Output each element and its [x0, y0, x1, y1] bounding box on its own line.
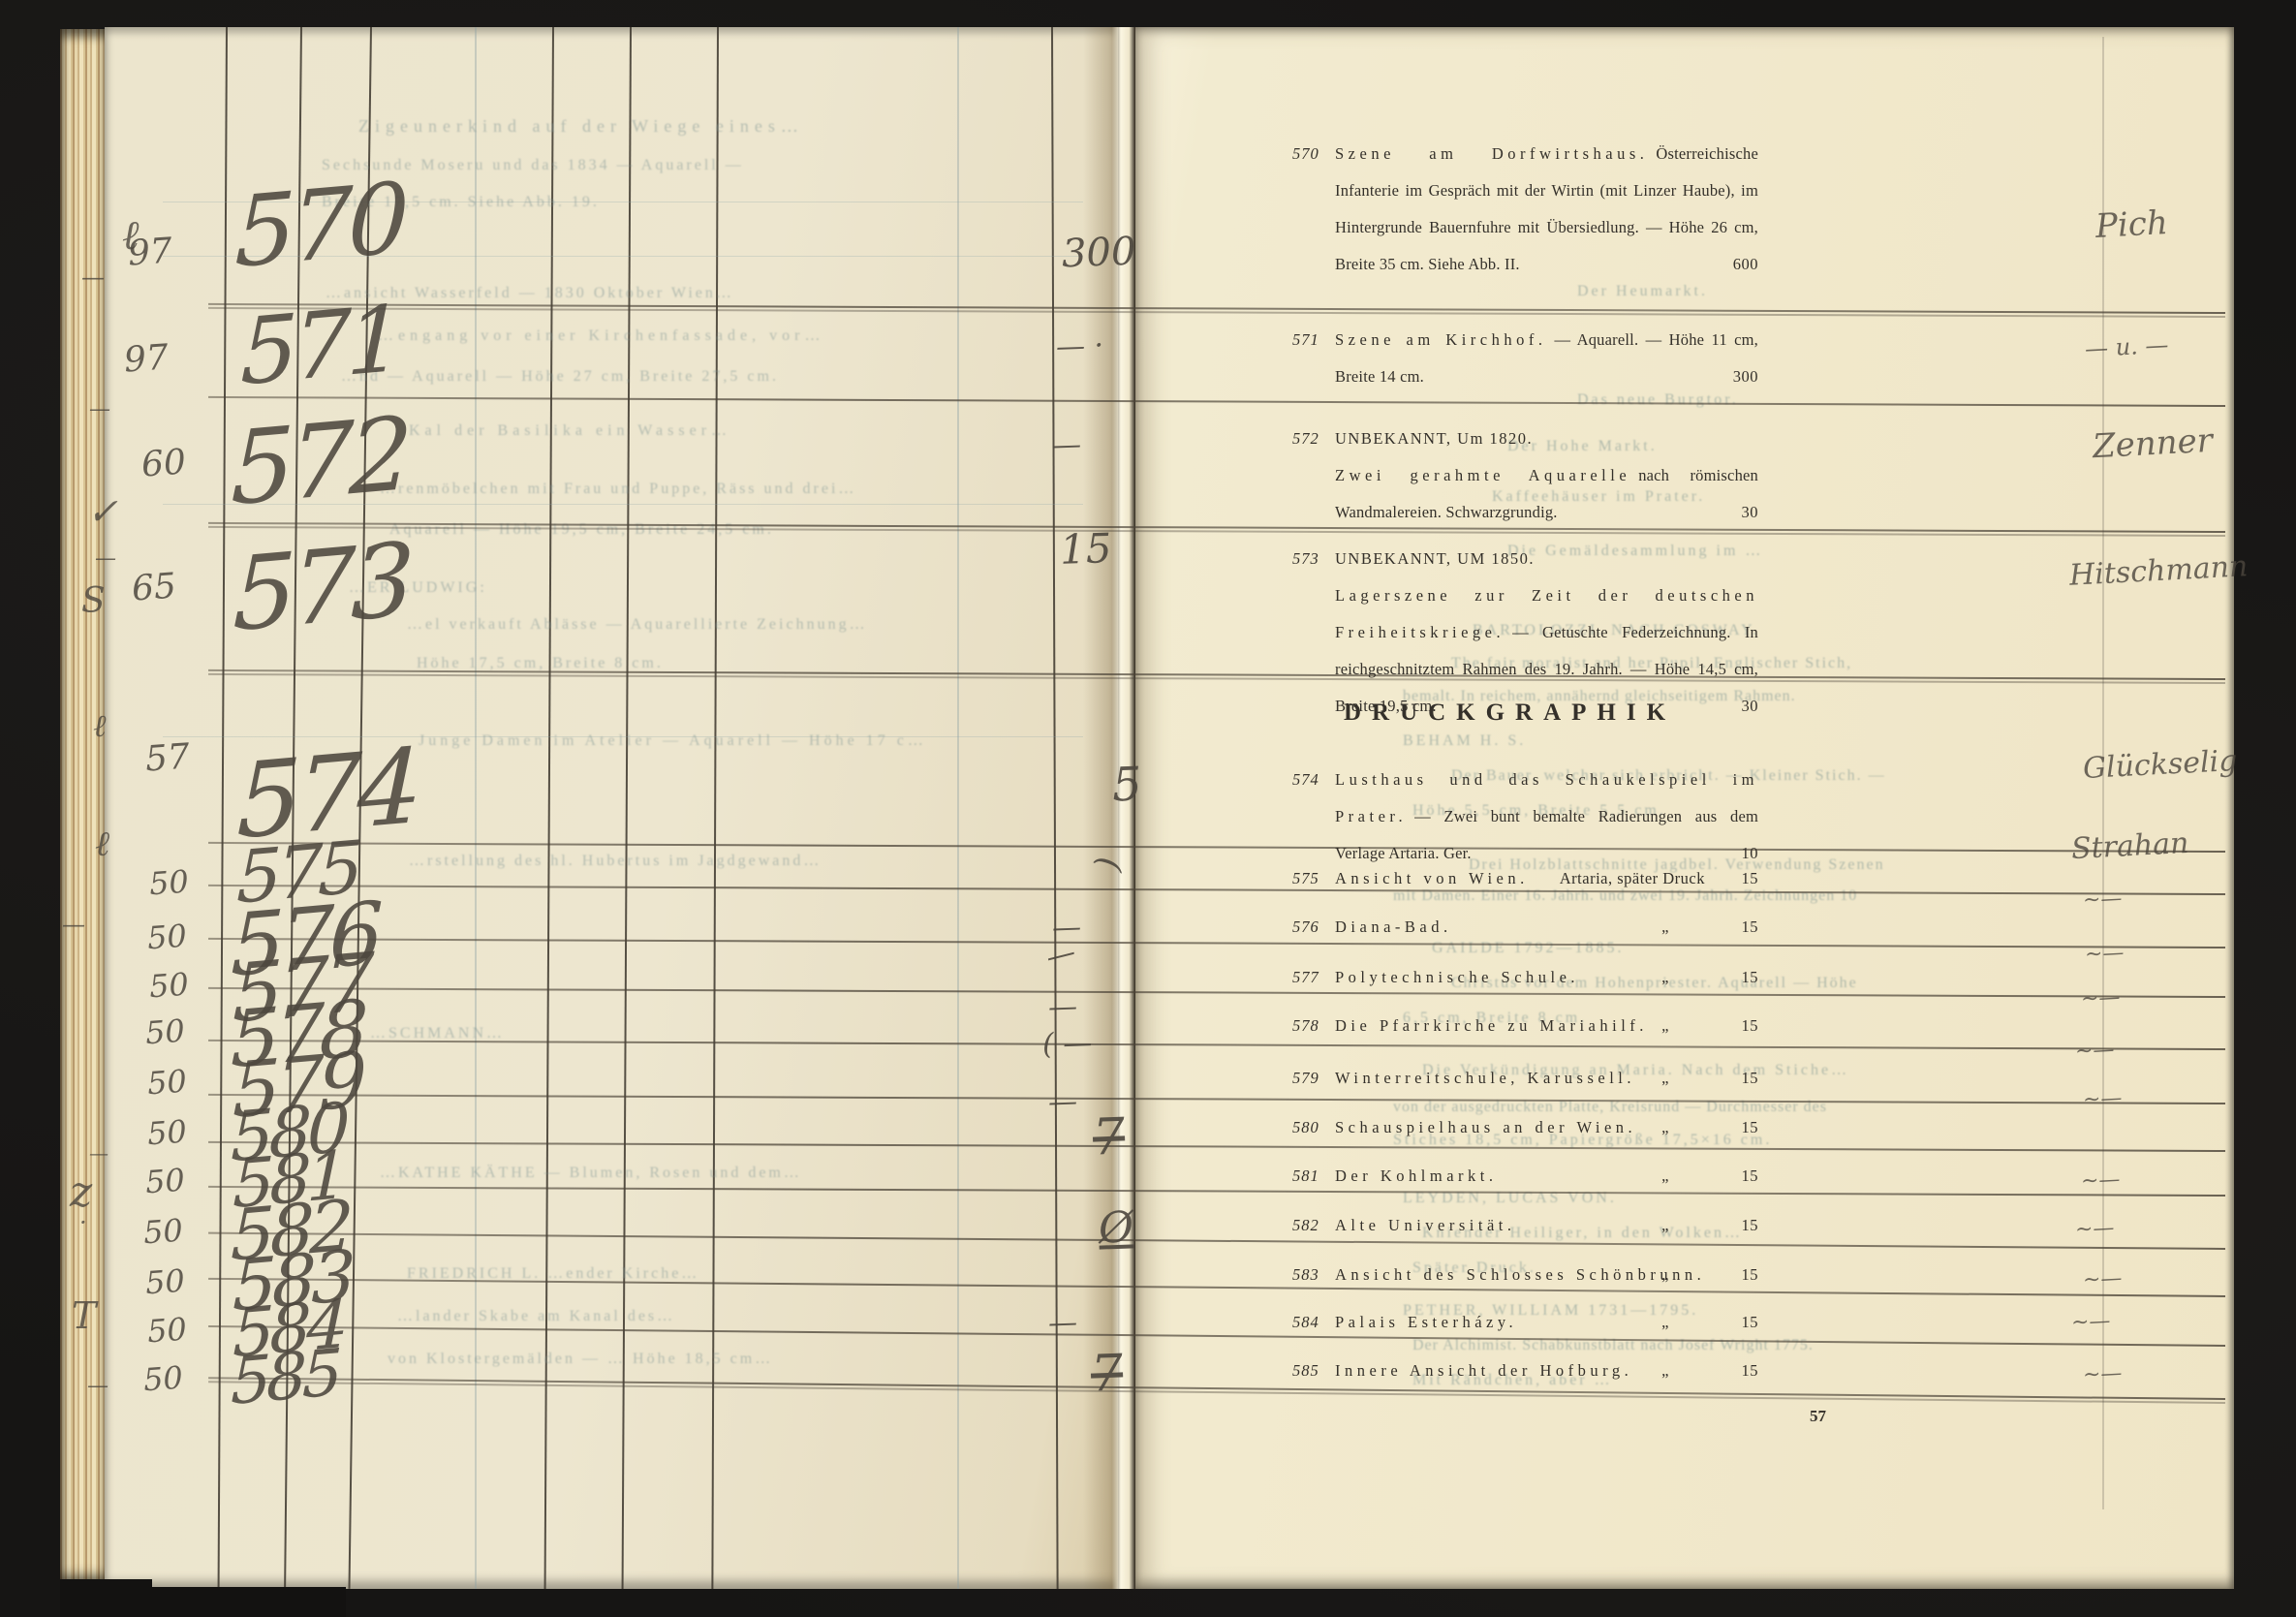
entry-title: Polytechnische Schule. — [1335, 968, 1579, 986]
edge-mark: T — [72, 1294, 96, 1337]
entry-title: Zwei gerahmte Aquarelle — [1335, 466, 1630, 484]
entry-source-ditto: „ — [1661, 1353, 1669, 1389]
ledger-note: Ø — [1098, 1202, 1134, 1253]
ledger-lot-number: 573 — [233, 535, 411, 641]
ledger-margin-value: 50 — [144, 1262, 186, 1302]
ledger-note: — — [1047, 989, 1077, 1024]
entry-price: 15 — [1742, 1304, 1759, 1341]
ghost-text: …el verkauft Ablässe — Aquarellierte Zei… — [407, 616, 868, 634]
ledger-note: 15 — [1059, 524, 1112, 574]
ghost-text: Der Heumarkt. — [1577, 283, 1708, 300]
ledger-note: 5 — [1111, 757, 1142, 812]
ledger-lot-number: 572 — [231, 409, 409, 515]
ghost-text: …rstellung des hl. Hubertus im Jagdgewan… — [409, 853, 822, 870]
catalog-entry: 576 Diana-Bad. „ 15 — [1335, 909, 1758, 946]
lot-number: 574 — [1292, 762, 1329, 798]
edge-mark: ℓ — [93, 707, 106, 744]
lot-number: 578 — [1292, 1008, 1329, 1044]
ledger-margin-value: 50 — [144, 1012, 186, 1052]
catalog-entry: 578 Die Pfarrkirche zu Mariahilf. „ 15 — [1335, 1008, 1758, 1044]
entry-title: Ansicht von Wien. — [1335, 869, 1529, 887]
catalog-entry: 580 Schauspielhaus an der Wien. „ 15 — [1335, 1109, 1758, 1146]
entry-price: 15 — [1742, 1353, 1759, 1389]
ledger-rule — [218, 27, 228, 1589]
lot-number: 581 — [1292, 1158, 1329, 1195]
ghost-text: Junge Damen im Atelier — Aquarell — Höhe… — [419, 732, 927, 750]
ledger-note: ( — — [1041, 1026, 1092, 1062]
entry-source-ditto: „ — [1661, 1158, 1669, 1195]
catalog-entry: 574 Lusthaus und das Schaukelspiel im Pr… — [1335, 762, 1758, 872]
ledger-note: 7 — [1090, 1344, 1124, 1403]
ledger-margin-value: 50 — [146, 1113, 188, 1153]
edge-mark: ✓ — [87, 490, 118, 533]
ledger-note: — — [1047, 1084, 1077, 1119]
edge-mark: — — [95, 546, 116, 571]
ledger-margin-value: 97 — [123, 337, 171, 380]
margin-note: — u. — — [2084, 331, 2169, 362]
entry-source-ditto: „ — [1661, 1109, 1669, 1146]
lot-number: 584 — [1292, 1304, 1329, 1341]
entry-price: 30 — [1742, 688, 1759, 725]
ghost-text: BEHAM H. S. — [1403, 732, 1526, 750]
edge-mark: — — [62, 911, 85, 938]
ghost-text: …KATHE KÄTHE — Blumen, Rosen und dem… — [380, 1165, 802, 1182]
margin-buyer-name: Pich — [2094, 203, 2169, 246]
margin-tick: ~— — [2082, 1086, 2123, 1112]
catalog-entry: 579 Winterreitschule, Karussell. „ 15 — [1335, 1060, 1758, 1097]
ghost-text: …nd — Aquarell — Höhe 27 cm, Breite 27,5… — [341, 368, 779, 386]
catalog-entry: 582 Alte Universität. „ 15 — [1335, 1207, 1758, 1244]
ledger-margin-value: 50 — [148, 966, 190, 1006]
entry-source-ditto: „ — [1661, 909, 1669, 946]
ghost-text: …lander Skabe am Kanal des… — [397, 1308, 675, 1325]
ledger-margin-value: 65 — [131, 566, 178, 608]
entry-heading: UNBEKANNT, Um 1820. — [1335, 420, 1758, 457]
lot-number: 571 — [1292, 322, 1329, 358]
book-scan: Zigeunerkind auf der Wiege eines… Sechsu… — [0, 0, 2296, 1617]
ledger-note: 300 — [1061, 230, 1136, 277]
entry-price: 15 — [1742, 1257, 1759, 1293]
ledger-margin-value: 50 — [142, 1359, 184, 1399]
ledger-margin-value: 60 — [140, 442, 188, 484]
entry-title: Szene am Dorfwirtshaus. — [1335, 144, 1648, 163]
entry-price: 15 — [1742, 909, 1759, 946]
entry-title: Szene am Kirchhof. — [1335, 330, 1547, 349]
edge-mark: — — [81, 264, 105, 291]
entry-heading: UNBEKANNT, UM 1850. — [1335, 541, 1758, 577]
ledger-margin-value: 50 — [142, 1212, 184, 1252]
ledger-margin-value: 57 — [144, 736, 192, 779]
entry-source-ditto: „ — [1661, 1060, 1669, 1097]
entry-price: 30 — [1742, 494, 1759, 531]
lot-number: 575 — [1292, 860, 1329, 897]
lot-number: 583 — [1292, 1257, 1329, 1293]
edge-mark: · — [79, 1209, 87, 1236]
entry-price: 15 — [1742, 959, 1759, 996]
catalog-entry: 571 Szene am Kirchhof.— Aquarell. — Höhe… — [1335, 322, 1758, 395]
ghost-text: Kal der Basilika ein Wasser… — [409, 422, 731, 440]
entry-source-ditto: „ — [1661, 1008, 1669, 1044]
margin-buyer-name: Strahan — [2070, 826, 2189, 866]
margin-tick: ~— — [2084, 941, 2125, 967]
lot-number: 580 — [1292, 1109, 1329, 1146]
ghost-text: Zigeunerkind auf der Wiege eines… — [358, 116, 804, 137]
ledger-margin-value: 50 — [146, 1311, 188, 1351]
entry-price: 15 — [1742, 1060, 1759, 1097]
catalog-entry: 570 Szene am Dorfwirtshaus.Österreichisc… — [1335, 136, 1758, 283]
ledger-margin-value: 50 — [148, 863, 190, 903]
margin-tick: ~— — [2082, 886, 2123, 913]
entry-title: Alte Universität. — [1335, 1216, 1515, 1234]
page-bottom-step — [60, 1579, 152, 1617]
edge-mark: ℓ — [122, 211, 140, 260]
entry-title: Diana-Bad. — [1335, 917, 1452, 936]
ledger-note: 7 — [1092, 1107, 1126, 1166]
entry-price: 15 — [1742, 1008, 1759, 1044]
lot-number: 573 — [1292, 541, 1329, 577]
lot-number: 570 — [1292, 136, 1329, 172]
entry-price: 15 — [1742, 1109, 1759, 1146]
ledger-note: — — [1047, 1305, 1077, 1340]
entry-price: 600 — [1733, 246, 1758, 283]
ledger-note: — — [1051, 427, 1081, 462]
catalog-entry: 581 Der Kohlmarkt. „ 15 — [1335, 1158, 1758, 1195]
margin-tick: ~— — [2082, 1361, 2123, 1387]
ghost-text: …engang vor einer Kirchenfassade, vor… — [378, 327, 824, 345]
entry-source-ditto: „ — [1661, 1304, 1669, 1341]
entry-price: 15 — [1742, 1158, 1759, 1195]
catalog-entry: 577 Polytechnische Schule. „ 15 — [1335, 959, 1758, 996]
margin-tick: ~— — [2080, 1167, 2121, 1194]
ledger-margin-value: 50 — [146, 917, 188, 957]
entry-title: Palais Esterházy. — [1335, 1313, 1517, 1331]
lot-number: 585 — [1292, 1353, 1329, 1389]
ledger-rule — [1051, 27, 1059, 1589]
section-heading: DRUCKGRAPHIK — [1298, 700, 1722, 727]
margin-tick: ~— — [2082, 1266, 2123, 1292]
ledger-margin-value: 50 — [144, 1162, 186, 1201]
margin-tick: ~— — [2074, 1216, 2115, 1242]
page-bottom-step — [152, 1587, 346, 1617]
entry-title: Schauspielhaus an der Wien. — [1335, 1118, 1636, 1136]
entry-source-ditto: „ — [1661, 959, 1669, 996]
catalog-entry: 572 UNBEKANNT, Um 1820. Zwei gerahmte Aq… — [1335, 420, 1758, 531]
entry-source: Artaria, später Druck — [1560, 860, 1705, 897]
edge-mark: — — [87, 1374, 109, 1398]
entry-title: Die Pfarrkirche zu Mariahilf. — [1335, 1016, 1648, 1035]
catalog-entry: 583 Ansicht des Schlosses Schönbrunn. „ … — [1335, 1257, 1758, 1293]
entry-title: Winterreitschule, Karussell. — [1335, 1069, 1635, 1087]
page-edge-stack — [60, 29, 109, 1585]
edge-mark: S — [81, 581, 106, 621]
edge-mark: — — [89, 397, 110, 421]
margin-tick: ~— — [2080, 985, 2121, 1011]
entry-text: Österreichische Infanterie im Gespräch m… — [1335, 144, 1758, 273]
catalog-entry: 575 Ansicht von Wien. Artaria, später Dr… — [1335, 860, 1758, 897]
ledger-margin-value: 50 — [146, 1063, 188, 1103]
entry-title: Innere Ansicht der Hofburg. — [1335, 1361, 1632, 1380]
entry-price: 15 — [1742, 860, 1759, 897]
ghost-text: von Klostergemälden — … Höhe 18,5 cm… — [388, 1351, 773, 1368]
ledger-lot-number: 585 — [231, 1344, 339, 1411]
ghost-text: …renmöbelchen mit Frau und Puppe, Räss u… — [380, 481, 856, 498]
catalog-entry: 584 Palais Esterházy. „ 15 — [1335, 1304, 1758, 1341]
entry-source-ditto: „ — [1661, 1207, 1669, 1244]
entry-price: 300 — [1733, 358, 1758, 395]
margin-tick: ~— — [2074, 1038, 2115, 1064]
lot-number: 582 — [1292, 1207, 1329, 1244]
ledger-lot-number: 570 — [234, 174, 406, 277]
ledger-lot-number: 571 — [240, 299, 400, 395]
margin-tick: ~— — [2070, 1309, 2111, 1335]
edge-mark: ℓ — [95, 824, 109, 864]
ledger-note: — · — [1055, 328, 1103, 364]
entry-title: Der Kohlmarkt. — [1335, 1166, 1497, 1185]
entry-title: Ansicht des Schlosses Schönbrunn. — [1335, 1265, 1705, 1284]
catalog-entry: 585 Innere Ansicht der Hofburg. „ 15 — [1335, 1353, 1758, 1389]
lot-number: 572 — [1292, 420, 1329, 457]
entry-price: 15 — [1742, 1207, 1759, 1244]
margin-buyer-name: Zenner — [2092, 421, 2214, 466]
lot-number: 577 — [1292, 959, 1329, 996]
page-number: 57 — [1810, 1407, 1826, 1426]
ledger-rule-faint — [957, 27, 959, 1589]
edge-mark: — — [89, 1141, 109, 1165]
entry-source-ditto: „ — [1661, 1257, 1669, 1293]
catalog-entry: 573 UNBEKANNT, UM 1850. Lagerszene zur Z… — [1335, 541, 1758, 725]
lot-number: 579 — [1292, 1060, 1329, 1097]
lot-number: 576 — [1292, 909, 1329, 946]
